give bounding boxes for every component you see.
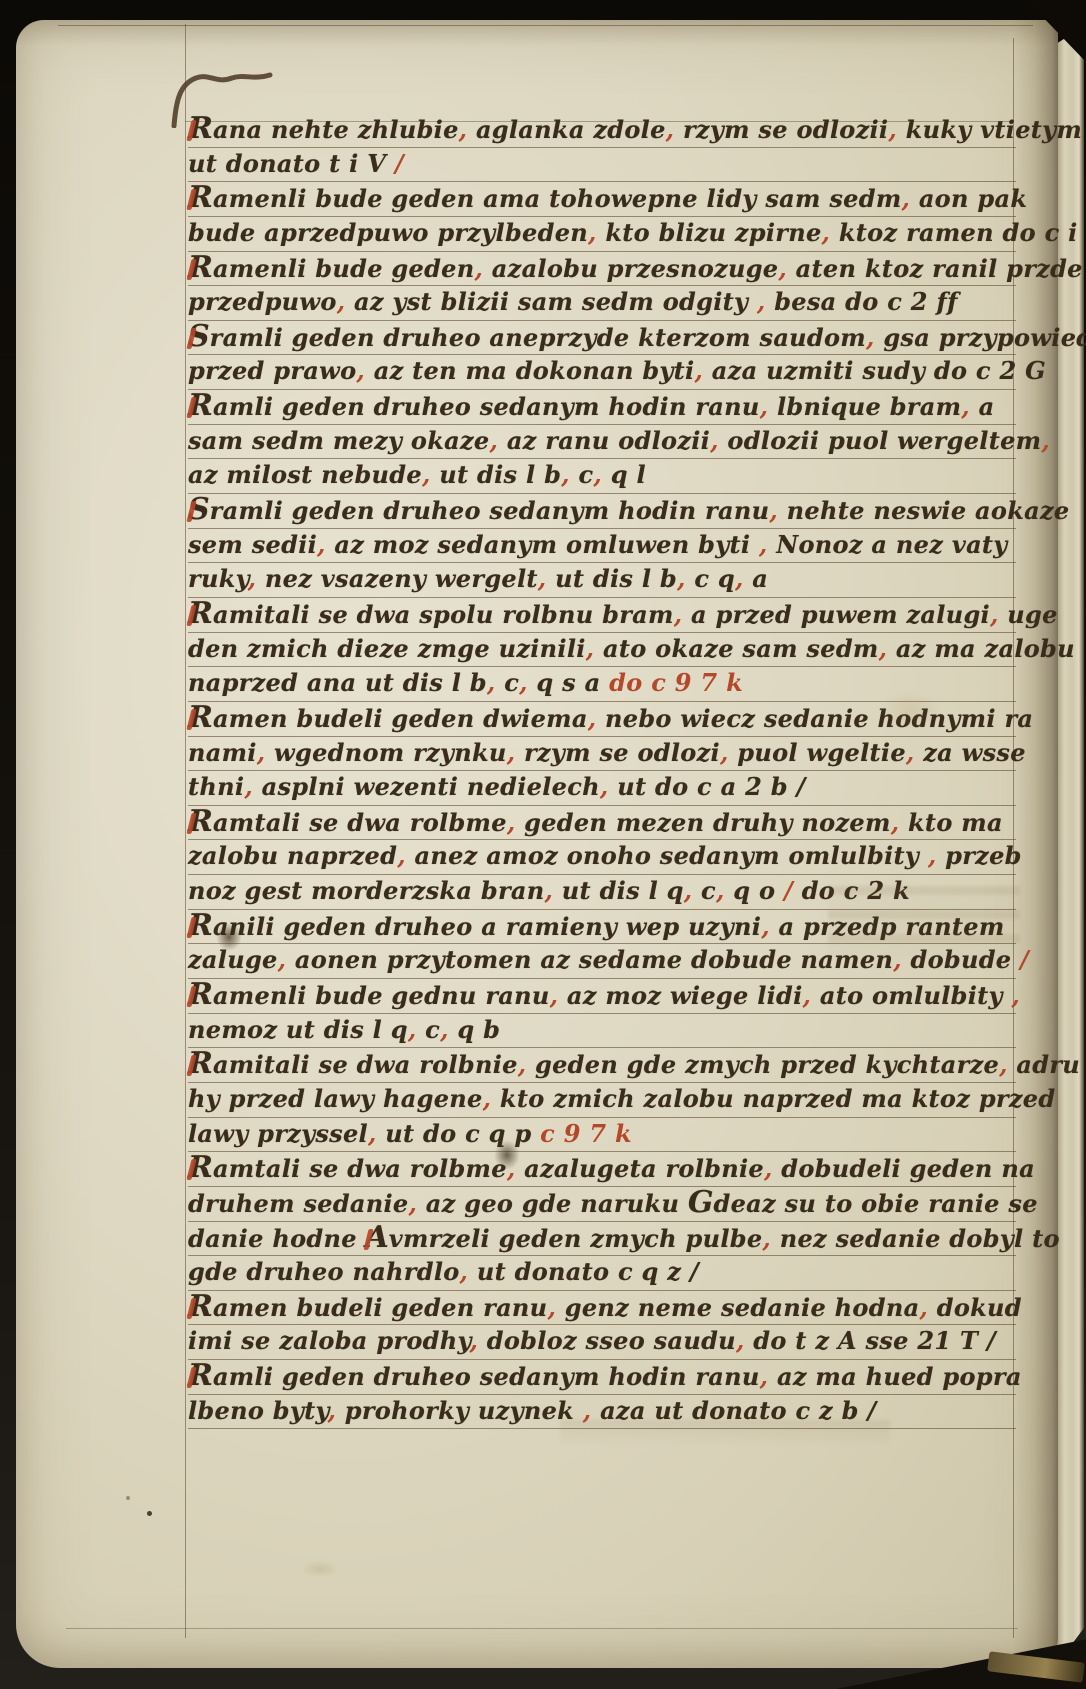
ink-text: azalobu przesnozuge: [483, 254, 778, 283]
manuscript-text-line: sam sedm mezy okaze, az ranu odlozii, od…: [188, 425, 1016, 460]
ink-text: a: [744, 564, 769, 593]
ink-text: amtali se dwa rolbme: [213, 1154, 507, 1183]
manuscript-text-line: Ramenli bude geden, azalobu przesnozuge,…: [188, 252, 1016, 287]
ink-text: aon pak: [910, 184, 1027, 213]
rubric-text: ,: [764, 1154, 773, 1183]
ink-text: az geo gde naruku: [417, 1189, 688, 1218]
ink-dot: [147, 1511, 152, 1516]
rubric-text: ,: [720, 738, 729, 767]
ink-text: przeb: [936, 841, 1021, 870]
rubric-text: ,: [356, 356, 365, 385]
show-through-text: [560, 1420, 890, 1446]
manuscript-text-line: danie hodne Avmrzeli geden zmych pulbe, …: [188, 1222, 1016, 1257]
ink-text: azalugeta rolbnie: [515, 1154, 763, 1183]
ink-text: amen budeli geden dwiema: [213, 704, 588, 733]
rubric-text: ,: [545, 876, 554, 905]
manuscript-text-line: sem sedii, az moz sedanym omluwen byti ,…: [188, 529, 1016, 564]
bottom-frame-rule: [66, 1628, 1018, 1629]
ink-text: amenli bude geden ama tohowepne lidy sam…: [213, 184, 902, 213]
ink-text: c q: [686, 564, 735, 593]
ink-text: lawy przyssel: [188, 1119, 368, 1148]
rubric-text: ,: [440, 1015, 449, 1044]
rubric-text: ,: [1041, 426, 1050, 455]
manuscript-text-line: gde druheo nahrdlo, ut donato c q z /: [188, 1256, 1016, 1291]
manuscript-text-line: nami, wgednom rzynku, rzym se odlozi, pu…: [188, 737, 1016, 772]
rubric-text: ,: [550, 981, 559, 1010]
ink-text: anili geden druheo a ramieny wep uzyni: [213, 912, 761, 941]
rubric-text: ,: [760, 1362, 769, 1391]
ink-text: gde druheo nahrdlo: [188, 1257, 460, 1286]
ink-text: amitali se dwa rolbnie: [213, 1050, 518, 1079]
rubric-text: ,: [409, 1189, 418, 1218]
manuscript-text-line: den zmich dieze zmge uzinili, ato okaze …: [188, 633, 1016, 668]
ink-text: kto zmich zalobu naprzed ma ktoz przed: [491, 1084, 1055, 1113]
ink-text: ana nehte zhlubie: [213, 115, 459, 144]
rubric-text: ,: [990, 600, 999, 629]
ink-text: nami: [188, 738, 257, 767]
ink-text: az ma hued popra: [768, 1362, 1021, 1391]
manuscript-text-line: hy przed lawy hagene, kto zmich zalobu n…: [188, 1083, 1016, 1118]
rubric-text: ,: [677, 564, 686, 593]
ink-text: kto blizu zpirne: [597, 218, 822, 247]
rubric-text: ,: [422, 460, 431, 489]
ink-text: noz gest morderzska bran: [188, 876, 545, 905]
ink-text: ut dis l q: [553, 876, 684, 905]
manuscript-text-line: Ramitali se dwa spolu rolbnu bram, a prz…: [188, 598, 1016, 633]
rubric-text: ,: [750, 530, 767, 559]
ink-text: den zmich dieze zmge uzinili: [188, 634, 586, 663]
ink-text: dobudeli geden na: [773, 1154, 1035, 1183]
manuscript-text-line: Ramtali se dwa rolbme, geden mezen druhy…: [188, 806, 1016, 841]
rubric-text: ,: [459, 115, 468, 144]
manuscript-text-line: ruky, nez vsazeny wergelt, ut dis l b, c…: [188, 563, 1016, 598]
ink-text: anez amoz onoho sedanym omlulbity: [406, 841, 919, 870]
rubric-text: ,: [748, 287, 765, 316]
ink-text: prohorky uzynek: [336, 1396, 574, 1425]
rubric-text: ,: [278, 945, 287, 974]
initial-capital: G: [688, 1185, 714, 1220]
ink-text: aza uzmiti sudy do c 2 G: [703, 356, 1046, 385]
rubric-text: ,: [716, 876, 725, 905]
ink-text: ramli geden druheo sedanym hodin ranu: [210, 496, 770, 525]
ink-text: amli geden druheo sedanym hodin ranu: [213, 1362, 760, 1391]
rubric-text: ,: [244, 772, 253, 801]
ink-text: az ma zalobu: [887, 634, 1075, 663]
rubric-text: ,: [762, 1224, 771, 1253]
rubric-text: ,: [710, 426, 719, 455]
ink-text: ut dis l b: [546, 564, 677, 593]
ink-text: lbeno byty: [188, 1396, 327, 1425]
ink-text: rzym se odlozii: [674, 115, 888, 144]
rubric-text: ,: [519, 668, 528, 697]
show-through-text: [828, 886, 1020, 958]
ink-text: amen budeli geden ranu: [213, 1293, 548, 1322]
ink-text: vmrzeli geden zmych pulbe: [389, 1224, 763, 1253]
ink-blot: [216, 923, 242, 951]
manuscript-text-line: ut donato t i V /: [188, 148, 1016, 183]
rubric-text: ,: [593, 460, 602, 489]
ink-text: geden mezen druhy nozem: [515, 808, 890, 837]
manuscript-text-line: imi se zaloba prodhy, dobloz sseo saudu,…: [188, 1325, 1016, 1360]
rubric-text: ,: [248, 564, 257, 593]
ink-text: kto ma: [899, 808, 1002, 837]
rubric-text: ,: [919, 1293, 928, 1322]
foxing-stain: [300, 1560, 340, 1578]
manuscript-photo: Rana nehte zhlubie, aglanka zdole, rzym …: [0, 0, 1086, 1689]
ink-text: amtali se dwa rolbme: [213, 808, 507, 837]
ink-text: az ten ma dokonan byti: [365, 356, 694, 385]
manuscript-text-line: zalobu naprzed, anez amoz onoho sedanym …: [188, 840, 1016, 875]
rubric-text: ,: [487, 668, 496, 697]
ink-text: sam sedm mezy okaze: [188, 426, 490, 455]
ink-text: ruky: [188, 564, 248, 593]
ink-text: naprzed ana ut dis l b: [188, 668, 487, 697]
rubric-text: ,: [469, 1326, 478, 1355]
manuscript-text-line: Ramenli bude geden ama tohowepne lidy sa…: [188, 182, 1016, 217]
ink-text: besa do c 2 ff: [766, 287, 958, 316]
ink-text: az milost nebude: [188, 460, 422, 489]
ink-text: ut dis l b: [431, 460, 562, 489]
rubric-text: ,: [735, 564, 744, 593]
rubric-text: ,: [760, 392, 769, 421]
ink-text: przed prawo: [188, 356, 356, 385]
ink-text: lbnique bram: [768, 392, 961, 421]
ink-text: asplni wezenti nedielech: [253, 772, 600, 801]
rubric-text: ,: [961, 392, 970, 421]
ink-text: sem sedii: [188, 530, 317, 559]
foxing-stain: [880, 690, 940, 730]
manuscript-text-line: Ramenli bude gednu ranu, az moz wiege li…: [188, 979, 1016, 1014]
manuscript-text-line: przedpuwo, az yst blizii sam sedm odgity…: [188, 286, 1016, 321]
manuscript-text-line: nemoz ut dis l q, c, q b: [188, 1014, 1016, 1049]
ink-text: druhem sedanie: [188, 1189, 409, 1218]
manuscript-text-line: az milost nebude, ut dis l b, c, q l: [188, 459, 1016, 494]
manuscript-text-line: bude aprzedpuwo przylbeden, kto blizu zp…: [188, 217, 1016, 252]
rubric-text: ,: [483, 1084, 492, 1113]
ink-text: c: [496, 668, 520, 697]
ink-text: amli geden druheo sedanym hodin ranu: [213, 392, 760, 421]
ink-text: aonen przytomen az sedame dobude namen: [286, 945, 893, 974]
manuscript-text-line: Ramtali se dwa rolbme, azalugeta rolbnie…: [188, 1152, 1016, 1187]
manuscript-text-line: Ramli geden druheo sedanym hodin ranu, l…: [188, 390, 1016, 425]
rubric-text: ,: [769, 496, 778, 525]
ink-text: ut donato c q z /: [468, 1257, 699, 1286]
manuscript-text-line: Ramitali se dwa rolbnie, geden gde zmych…: [188, 1048, 1016, 1083]
manuscript-text-line: Ramen budeli geden ranu, genz neme sedan…: [188, 1291, 1016, 1326]
ink-dot: [126, 1496, 130, 1500]
ink-text: amenli bude geden: [213, 254, 475, 283]
ink-text: adru: [1008, 1050, 1080, 1079]
rubric-text: ,: [397, 841, 406, 870]
rubric-text: ,: [666, 115, 675, 144]
ink-text: ut donato t i V: [188, 149, 395, 178]
ink-text: c: [416, 1015, 440, 1044]
ink-text: q b: [449, 1015, 500, 1044]
manuscript-text-line: Sramli geden druheo aneprzyde kterzom sa…: [188, 321, 1016, 356]
ink-text: amenli bude gednu ranu: [213, 981, 550, 1010]
ink-text: nez sedanie dobyl to: [771, 1224, 1060, 1253]
ink-text: deaz su to obie ranie se: [714, 1189, 1038, 1218]
ink-text: q o: [725, 876, 784, 905]
rubric-text: ,: [906, 738, 915, 767]
ink-text: puol wgeltie: [729, 738, 906, 767]
top-frame-rule: [58, 25, 1033, 26]
ink-text: a przed puwem zalugi: [682, 600, 990, 629]
rubric-text: ,: [866, 323, 875, 352]
ink-text: uge: [999, 600, 1058, 629]
ink-text: a: [970, 392, 995, 421]
manuscript-text-line: druhem sedanie, az geo gde naruku Gdeaz …: [188, 1187, 1016, 1222]
rubric-text: ,: [778, 254, 787, 283]
manuscript-text-line: lawy przyssel, ut do c q p c 9 7 k: [188, 1118, 1016, 1153]
rubric-text: ,: [561, 460, 570, 489]
rubric-text: ,: [761, 912, 770, 941]
rubric-text: ,: [1003, 981, 1020, 1010]
ink-text: danie hodne: [188, 1224, 365, 1253]
ink-text: az ranu odlozii: [498, 426, 710, 455]
rubric-text: ,: [694, 356, 703, 385]
ink-text: thni: [188, 772, 244, 801]
rubric-text: ,: [588, 218, 597, 247]
ink-text: geden gde zmych przed kychtarze: [526, 1050, 999, 1079]
ink-text: ato okaze sam sedm: [594, 634, 878, 663]
ink-text: nemoz ut dis l q: [188, 1015, 408, 1044]
ink-text: c: [570, 460, 594, 489]
ink-text: wgednom rzynku: [265, 738, 506, 767]
ink-text: rzym se odlozi: [515, 738, 720, 767]
ink-text: az moz wiege lidi: [558, 981, 802, 1010]
rubric-text: ,: [822, 218, 831, 247]
rubric-text: ,: [902, 184, 911, 213]
ink-text: przedpuwo: [188, 287, 337, 316]
ink-text: gsa przypowiedien: [875, 323, 1086, 352]
ink-text: q l: [602, 460, 646, 489]
ink-text: dobloz sseo saudu: [478, 1326, 736, 1355]
rubric-text: do c 9 7 k: [601, 668, 744, 697]
ink-text: do t z A sse 21 T /: [745, 1326, 996, 1355]
rubric-text: ,: [368, 1119, 377, 1148]
ink-text: ato omlulbity: [811, 981, 1003, 1010]
ink-text: ut do c a 2 b /: [609, 772, 806, 801]
ink-text: az yst blizii sam sedm odgity: [345, 287, 748, 316]
ink-text: hy przed lawy hagene: [188, 1084, 483, 1113]
ink-text: aglanka zdole: [467, 115, 665, 144]
rubric-text: /: [784, 876, 793, 905]
rubric-text: ,: [736, 1326, 745, 1355]
ink-text: kuky vtietym: [897, 115, 1082, 144]
ink-text: q s a: [528, 668, 601, 697]
ink-text: imi se zaloba prodhy: [188, 1326, 469, 1355]
manuscript-text-line: Rana nehte zhlubie, aglanka zdole, rzym …: [188, 113, 1016, 148]
manuscript-text-line: thni, asplni wezenti nedielech, ut do c …: [188, 771, 1016, 806]
ink-text: aten ktoz ranil przde: [787, 254, 1083, 283]
ink-text: genz neme sedanie hodna: [556, 1293, 919, 1322]
rubric-text: ,: [879, 634, 888, 663]
ink-text: az moz sedanym omluwen byti: [326, 530, 751, 559]
manuscript-text-line: przed prawo, az ten ma dokonan byti, aza…: [188, 355, 1016, 390]
ink-text: nez vsazeny wergelt: [256, 564, 538, 593]
rubric-text: ,: [547, 1293, 556, 1322]
ink-text: Nonoz a nez vaty: [768, 530, 1008, 559]
rubric-text: ,: [888, 115, 897, 144]
ink-text: odlozii puol wergeltem: [719, 426, 1042, 455]
rubric-text: ,: [919, 841, 936, 870]
ink-text: ktoz ramen do c i x: [830, 218, 1086, 247]
left-margin-rule: [185, 24, 186, 1638]
rubric-text: ,: [327, 1396, 336, 1425]
ink-text: zalobu naprzed: [188, 841, 397, 870]
rubric-text: /: [395, 149, 404, 178]
rubric-text: ,: [600, 772, 609, 801]
ink-text: za wsse: [915, 738, 1026, 767]
rubric-text: /: [1082, 115, 1086, 144]
rubric-text: ,: [474, 254, 483, 283]
rubric-text: ,: [803, 981, 812, 1010]
ink-text: nehte neswie aokaze: [778, 496, 1070, 525]
ink-text: ramli geden druheo aneprzyde kterzom sau…: [210, 323, 866, 352]
ink-blot: [494, 1140, 520, 1170]
rubric-text: ,: [999, 1050, 1008, 1079]
ink-text: amitali se dwa spolu rolbnu bram: [213, 600, 674, 629]
ink-text: bude aprzedpuwo przylbeden: [188, 218, 588, 247]
manuscript-text-block: Rana nehte zhlubie, aglanka zdole, rzym …: [188, 113, 1016, 1429]
rubric-text: ,: [317, 530, 326, 559]
manuscript-text-line: Ramli geden druheo sedanym hodin ranu, a…: [188, 1360, 1016, 1395]
ink-text: dokud: [928, 1293, 1022, 1322]
rubric-text: ,: [490, 426, 499, 455]
manuscript-text-line: Sramli geden druheo sedanym hodin ranu, …: [188, 494, 1016, 529]
ink-text: c: [692, 876, 716, 905]
rubric-text: c 9 7 k: [532, 1119, 632, 1148]
ink-text: nebo wiecz sedanie hodnymi ra: [596, 704, 1033, 733]
rubric-text: ,: [460, 1257, 469, 1286]
